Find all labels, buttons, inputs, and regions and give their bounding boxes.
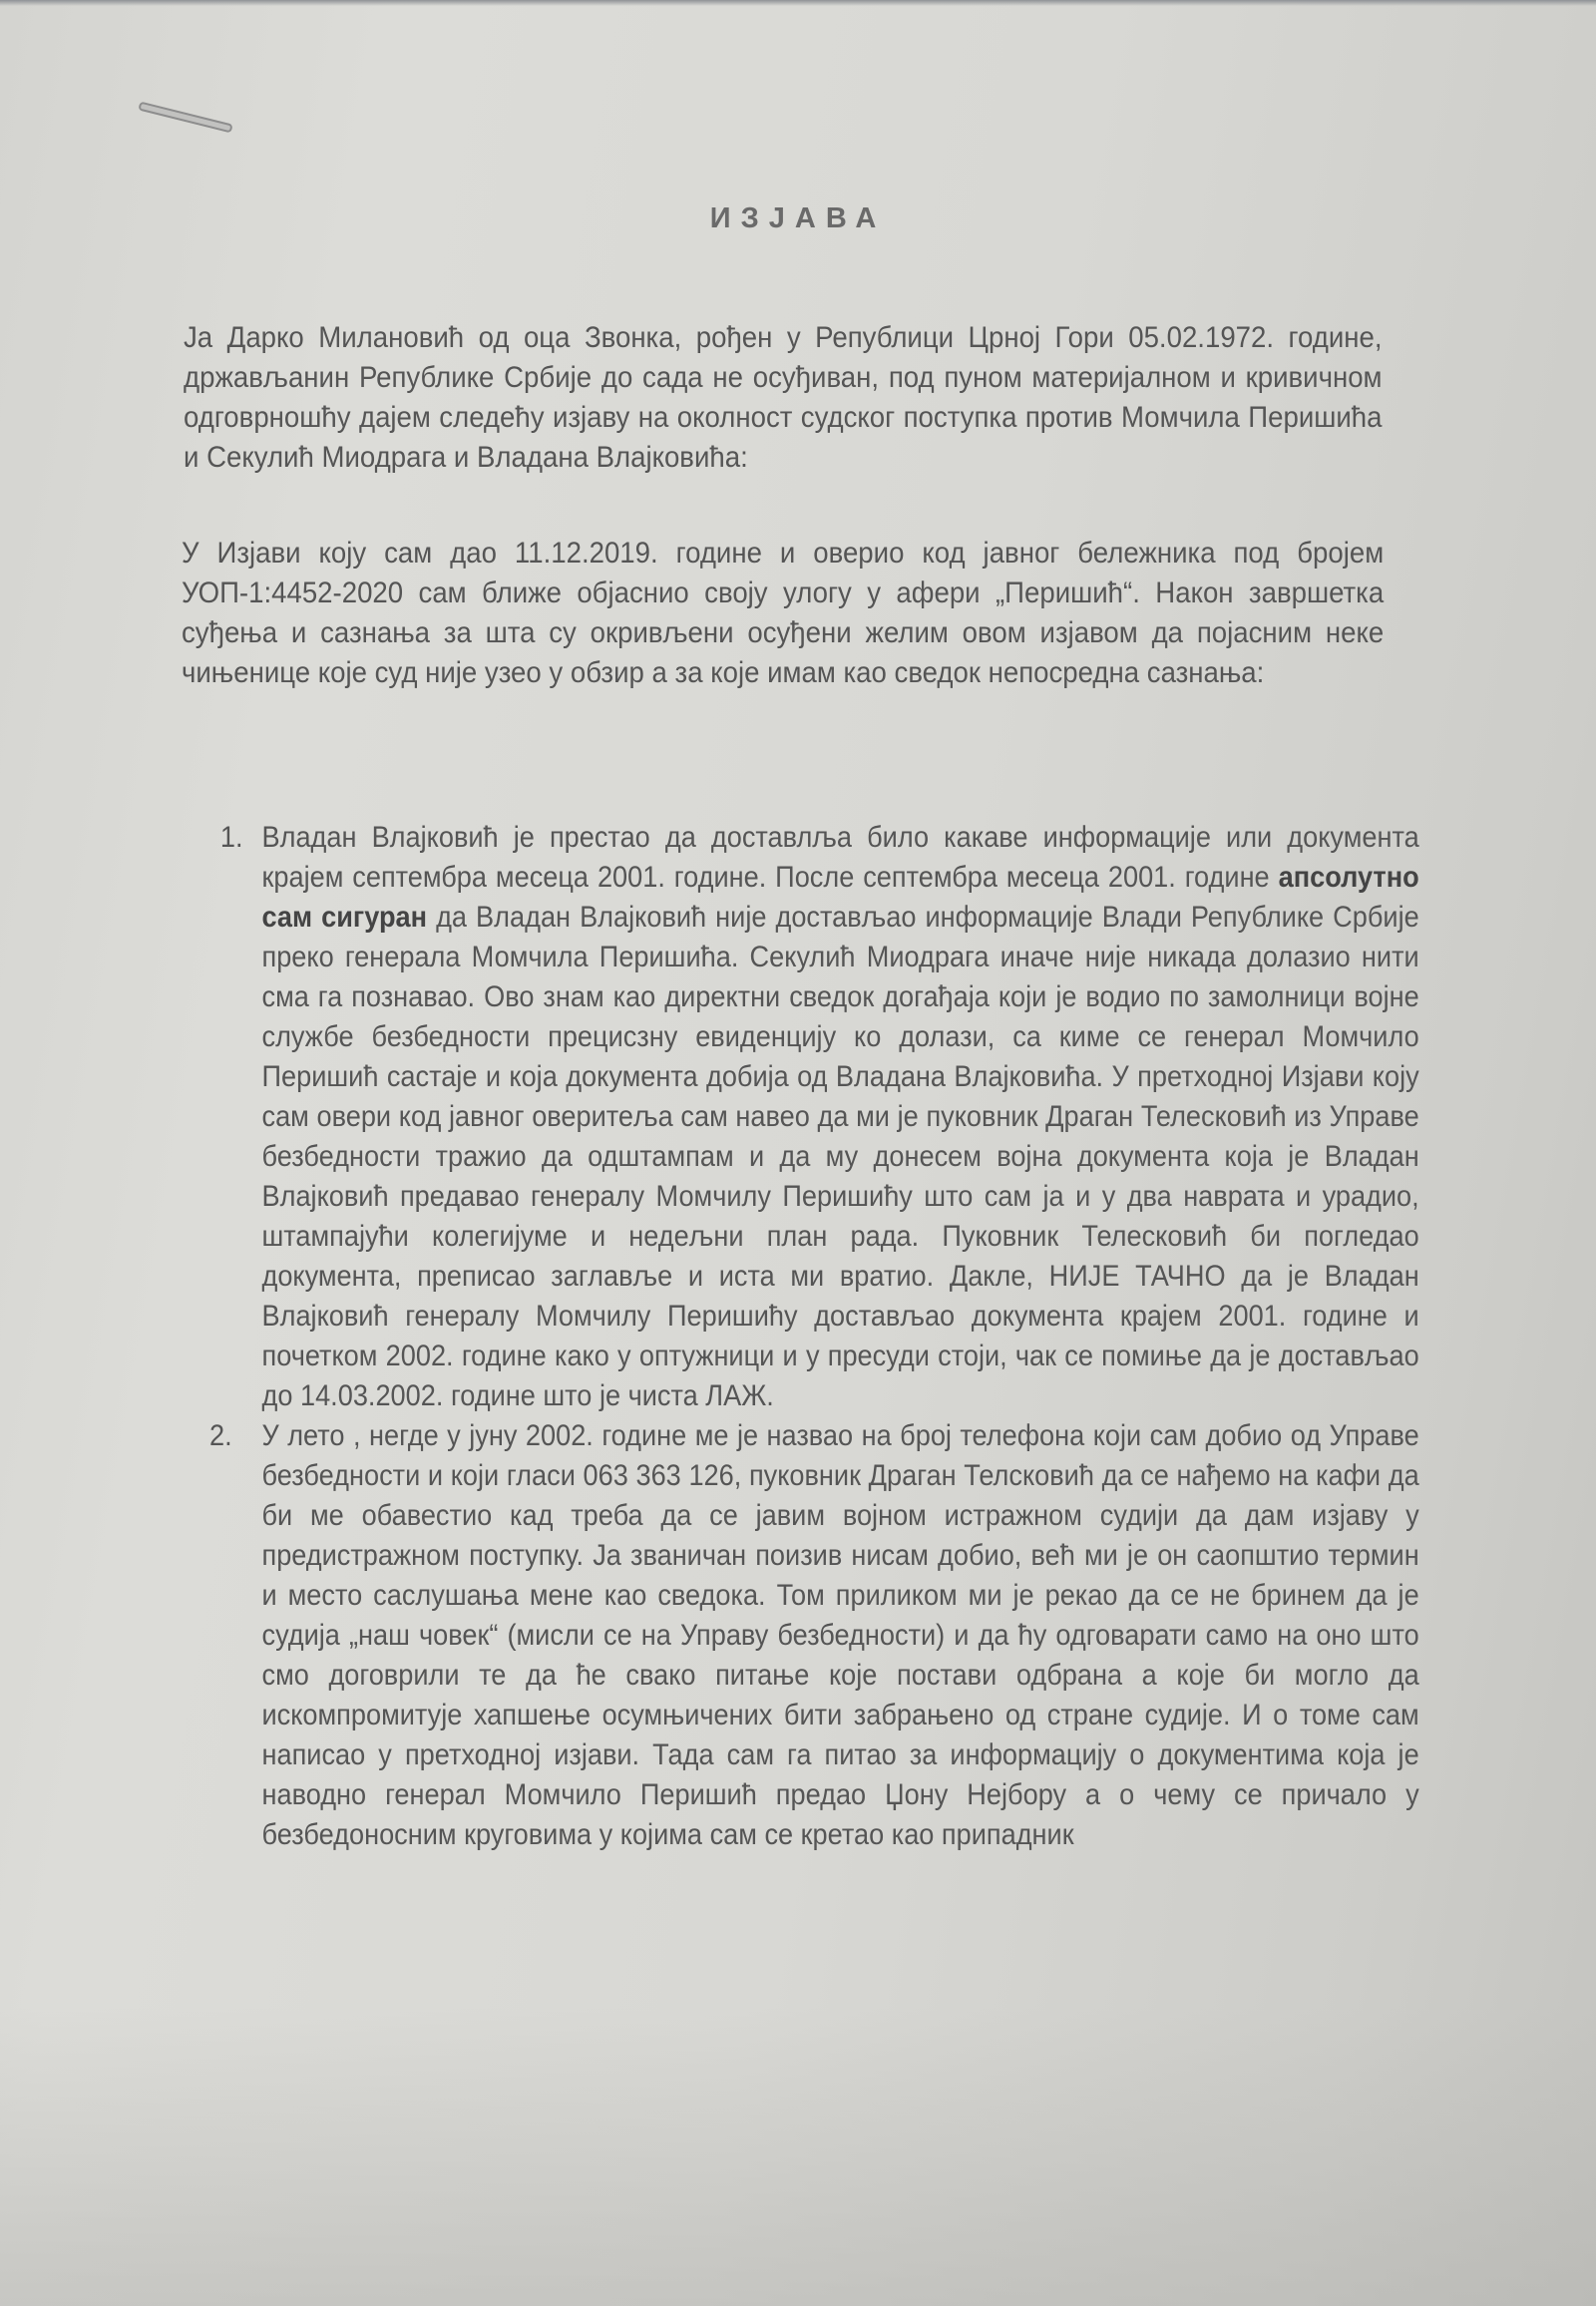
list-item-text: да Владан Влајковић није достављао инфор… — [261, 901, 1418, 1412]
document-title: ИЗЈАВА — [0, 202, 1596, 235]
reference-paragraph: У Изјави коју сам дао 11.12.2019. године… — [182, 534, 1384, 693]
list-item-number: 1. — [220, 818, 243, 858]
list-item: 1. Владан Влајковић је престао да достав… — [209, 818, 1419, 1416]
document-page: ИЗЈАВА Ја Дарко Милановић од оца Звонка,… — [0, 0, 1596, 2306]
intro-paragraph: Ја Дарко Милановић од оца Звонка, рођен … — [184, 318, 1383, 478]
list-item-text: У лето , негде у јуну 2002. године ме је… — [261, 1419, 1418, 1851]
list-item-number: 2. — [209, 1416, 232, 1456]
list-item-text: Владан Влајковић је престао да доставлља… — [261, 821, 1418, 894]
list-item: 2. У лето , негде у јуну 2002. године ме… — [209, 1416, 1419, 1855]
staple-mark — [138, 102, 232, 134]
statement-list: 1. Владан Влајковић је престао да достав… — [209, 818, 1419, 1855]
